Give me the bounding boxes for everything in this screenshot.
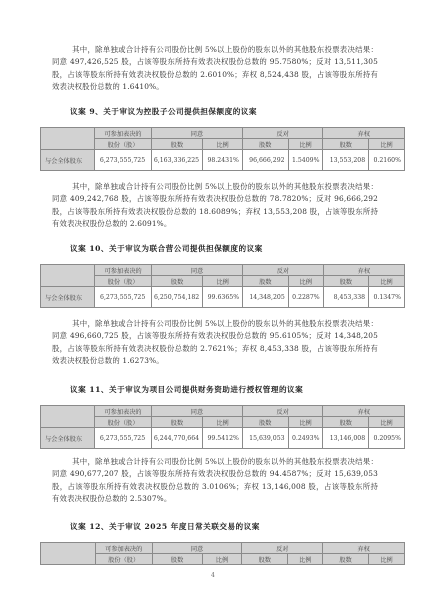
cell-oppose-shares: 96,666,292 bbox=[242, 150, 288, 171]
cell-agree-ratio: 99.6365% bbox=[203, 287, 243, 308]
header-agree-shares: 股数 bbox=[152, 554, 202, 565]
paragraph-text: 其中，除单独或合计持有公司股份比例 5%以上股份的股东以外的其他股东投票表决结果… bbox=[52, 319, 378, 365]
cell-available: 6,273,555,725 bbox=[95, 287, 152, 308]
table-row: 与会全体股东 6,273,555,725 6,250,754,182 99.63… bbox=[41, 287, 405, 308]
header-blank bbox=[41, 543, 96, 565]
row-label: 与会全体股东 bbox=[41, 428, 95, 449]
cell-oppose-ratio: 1.5409% bbox=[288, 150, 323, 171]
heading-proposal-9: 议案 9、关于审议为控股子公司提供担保额度的议案 bbox=[70, 106, 257, 117]
header-agree-shares: 股数 bbox=[151, 417, 202, 428]
header-abstain-ratio: 比例 bbox=[369, 276, 405, 287]
header-oppose-ratio: 比例 bbox=[288, 554, 323, 565]
header-available-line1: 可参加表决的 bbox=[95, 406, 152, 417]
row-label: 与会全体股东 bbox=[41, 150, 95, 171]
header-agree: 同意 bbox=[151, 406, 242, 417]
header-abstain-ratio: 比例 bbox=[369, 417, 405, 428]
cell-abstain-shares: 13,146,008 bbox=[323, 428, 369, 449]
cell-oppose-ratio: 0.2493% bbox=[288, 428, 323, 449]
header-available-line1: 可参加表决的 bbox=[95, 128, 152, 139]
header-blank bbox=[41, 406, 95, 428]
cell-agree-ratio: 98.2431% bbox=[203, 150, 243, 171]
header-blank bbox=[41, 128, 95, 150]
vote-table-proposal-9: 可参加表决的 同意 反对 弃权 股份（股） 股数 比例 股数 比例 股数 比例 … bbox=[40, 127, 405, 171]
cell-agree-shares: 6,163,336,225 bbox=[151, 150, 202, 171]
header-agree-ratio: 比例 bbox=[202, 554, 242, 565]
paragraph-text: 其中，除单独或合计持有公司股份比例 5%以上股份的股东以外的其他股东投票表决结果… bbox=[52, 457, 378, 503]
header-agree: 同意 bbox=[151, 128, 242, 139]
cell-oppose-shares: 15,639,053 bbox=[242, 428, 288, 449]
header-oppose: 反对 bbox=[242, 406, 323, 417]
header-agree-shares: 股数 bbox=[151, 276, 202, 287]
vote-table-proposal-12: 可参加表决的 同意 反对 弃权 股份（股） 股数 比例 股数 比例 股数 比例 bbox=[40, 542, 405, 565]
header-agree-ratio: 比例 bbox=[203, 139, 243, 150]
paragraph-proposal-8-minority-result: 其中，除单独或合计持有公司股份比例 5%以上股份的股东以外的其他股东投票表决结果… bbox=[52, 44, 378, 94]
header-agree-ratio: 比例 bbox=[203, 417, 243, 428]
header-available-line2: 股份（股） bbox=[95, 276, 152, 287]
paragraph-proposal-11-minority-result: 其中，除单独或合计持有公司股份比例 5%以上股份的股东以外的其他股东投票表决结果… bbox=[52, 456, 378, 506]
header-abstain-shares: 股数 bbox=[323, 554, 369, 565]
cell-abstain-ratio: 0.2160% bbox=[369, 150, 405, 171]
header-available-line2: 股份（股） bbox=[95, 554, 152, 565]
cell-available: 6,273,555,725 bbox=[95, 150, 152, 171]
header-oppose: 反对 bbox=[242, 128, 323, 139]
header-oppose-ratio: 比例 bbox=[288, 276, 323, 287]
heading-proposal-12: 议案 12、关于审议 2025 年度日常关联交易的议案 bbox=[70, 521, 260, 532]
header-agree: 同意 bbox=[151, 265, 242, 276]
header-abstain-shares: 股数 bbox=[323, 417, 369, 428]
cell-agree-shares: 6,250,754,182 bbox=[151, 287, 202, 308]
header-abstain-ratio: 比例 bbox=[369, 139, 405, 150]
header-available-line2: 股份（股） bbox=[95, 139, 152, 150]
page-number: 4 bbox=[211, 572, 215, 579]
table-row: 与会全体股东 6,273,555,725 6,163,336,225 98.24… bbox=[41, 150, 405, 171]
cell-agree-ratio: 99.5412% bbox=[203, 428, 243, 449]
cell-available: 6,273,555,725 bbox=[95, 428, 152, 449]
header-agree-shares: 股数 bbox=[151, 139, 202, 150]
header-abstain: 弃权 bbox=[323, 406, 405, 417]
header-oppose: 反对 bbox=[242, 543, 323, 554]
header-abstain: 弃权 bbox=[323, 543, 405, 554]
header-abstain: 弃权 bbox=[323, 128, 405, 139]
header-abstain-shares: 股数 bbox=[323, 276, 368, 287]
cell-abstain-shares: 8,453,338 bbox=[323, 287, 368, 308]
header-oppose-shares: 股数 bbox=[242, 417, 288, 428]
cell-abstain-ratio: 0.2095% bbox=[369, 428, 405, 449]
vote-table-proposal-11: 可参加表决的 同意 反对 弃权 股份（股） 股数 比例 股数 比例 股数 比例 … bbox=[40, 405, 405, 449]
paragraph-proposal-9-minority-result: 其中，除单独或合计持有公司股份比例 5%以上股份的股东以外的其他股东投票表决结果… bbox=[52, 181, 378, 231]
paragraph-proposal-10-minority-result: 其中，除单独或合计持有公司股份比例 5%以上股份的股东以外的其他股东投票表决结果… bbox=[52, 318, 378, 368]
header-available-line1: 可参加表决的 bbox=[95, 265, 152, 276]
header-oppose-shares: 股数 bbox=[242, 554, 288, 565]
header-oppose-ratio: 比例 bbox=[288, 417, 323, 428]
header-blank bbox=[41, 265, 95, 287]
header-abstain-shares: 股数 bbox=[323, 139, 369, 150]
header-available-line1: 可参加表决的 bbox=[95, 543, 152, 554]
header-abstain-ratio: 比例 bbox=[369, 554, 405, 565]
paragraph-text: 其中，除单独或合计持有公司股份比例 5%以上股份的股东以外的其他股东投票表决结果… bbox=[52, 45, 378, 91]
header-oppose: 反对 bbox=[243, 265, 324, 276]
paragraph-text: 其中，除单独或合计持有公司股份比例 5%以上股份的股东以外的其他股东投票表决结果… bbox=[52, 182, 378, 228]
cell-abstain-shares: 13,553,208 bbox=[323, 150, 369, 171]
header-oppose-shares: 股数 bbox=[243, 276, 289, 287]
header-oppose-shares: 股数 bbox=[242, 139, 288, 150]
header-agree: 同意 bbox=[152, 543, 242, 554]
header-agree-ratio: 比例 bbox=[203, 276, 243, 287]
header-abstain: 弃权 bbox=[323, 265, 404, 276]
cell-oppose-ratio: 0.2287% bbox=[288, 287, 323, 308]
cell-agree-shares: 6,244,770,664 bbox=[151, 428, 202, 449]
table-row: 与会全体股东 6,273,555,725 6,244,770,664 99.54… bbox=[41, 428, 405, 449]
cell-oppose-shares: 14,348,205 bbox=[243, 287, 289, 308]
heading-proposal-10: 议案 10、关于审议为联合营公司提供担保额度的议案 bbox=[70, 243, 263, 254]
row-label: 与会全体股东 bbox=[41, 287, 95, 308]
cell-abstain-ratio: 0.1347% bbox=[369, 287, 405, 308]
heading-proposal-11: 议案 11、关于审议为项目公司提供财务资助进行授权管理的议案 bbox=[70, 384, 303, 395]
vote-table-proposal-10: 可参加表决的 同意 反对 弃权 股份（股） 股数 比例 股数 比例 股数 比例 … bbox=[40, 264, 405, 308]
header-oppose-ratio: 比例 bbox=[288, 139, 323, 150]
header-available-line2: 股份（股） bbox=[95, 417, 152, 428]
